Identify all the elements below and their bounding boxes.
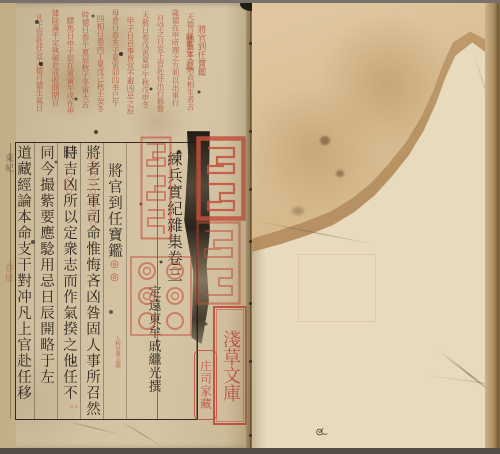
left-page: 東紀 卷批 天德月德與本命納音相生者吉 歲德在甲所理之方利以出軍行 月空之日宜上… — [0, 3, 252, 449]
annotation-column: 歲德在甲所理之方利以出軍行 — [171, 9, 180, 137]
text-column: 道藏經論本命支干對冲凡上官赴任移 — [10, 143, 34, 419]
heading-circles-mark: ◎◎ — [109, 259, 120, 285]
stain-spot — [292, 207, 304, 215]
crease-line — [63, 420, 121, 435]
emphasis-dot-chain: ○○○○○○○○○ — [83, 155, 102, 227]
annotation-column: 天赦日春戊寅夏甲午秋戊申冬 — [141, 11, 150, 139]
right-page-edges — [485, 0, 500, 454]
annotation-column: 甲子日百事皆宜不避凶忌之辰 — [126, 17, 135, 145]
collector-seal-tall-icon — [140, 136, 172, 240]
text-column: 同今撮紫要應騐用忌日辰開略于左 — [34, 143, 57, 419]
interlinear-red-note: 人和是衆志既 — [114, 335, 120, 369]
ink-squiggle-mark: ᘓᘇ — [315, 427, 327, 438]
annotation-column: 凡上官赴任宜天德月德生氣日 — [35, 14, 44, 142]
gutter-annotation-column: 將官到任寶鑑 — [196, 25, 206, 125]
annotation-column: 時德日春午夏辰秋子冬寅大吉 — [81, 11, 90, 139]
annotation-column: 母倉日春亥子夏寅卯四季巳午 — [111, 9, 120, 137]
stain-spot — [320, 136, 330, 145]
background-top — [0, 0, 500, 3]
stain-spot — [336, 170, 344, 177]
annotation-column: 建除滿平定執破危成收開閉日 — [51, 9, 60, 137]
annotation-column: 四相日春丙丁夏戊己秋壬癸冬 — [96, 15, 105, 143]
emphasis-dot-chain: ○○○○ — [59, 163, 78, 195]
annotation-column: 月空之日宜上官赴任出行修營 — [156, 15, 165, 143]
asakusa-bunko-seal: 淺草文庫 — [213, 306, 247, 425]
seal-showthrough — [298, 254, 376, 322]
right-page-blank: ᘓᘇ — [252, 2, 497, 450]
crease-line — [121, 421, 161, 446]
collector-seal-round-glyphs-icon — [130, 256, 192, 336]
fold-line — [250, 2, 251, 450]
background-bottom — [0, 448, 500, 454]
annotation-column: 驛馬日申子辰在寅寅午戌在申 — [66, 17, 75, 145]
collector-seal-square-icon — [196, 221, 241, 305]
collector-seal-large-square-icon — [196, 136, 246, 221]
photo-of-open-book: 東紀 卷批 天德月德與本命納音相生者吉 歲德在甲所理之方利以出軍行 月空之日宜上… — [0, 0, 500, 454]
asakusa-seal-inner-frame: 淺草文庫 — [216, 309, 244, 422]
section-heading: 將官到任寶鑑 — [106, 163, 122, 259]
foxing-specks — [0, 3, 2, 5]
gutter-annotation-column: 雜集卷三起 — [184, 33, 194, 123]
asakusa-seal-label: 淺草文庫 — [217, 330, 243, 402]
section-heading-column: 將官到任寶鑑◎◎ — [103, 143, 126, 419]
shoji-seal-label: 庄司家藏 — [199, 360, 212, 410]
red-circle-marks: 。。 — [70, 399, 84, 411]
